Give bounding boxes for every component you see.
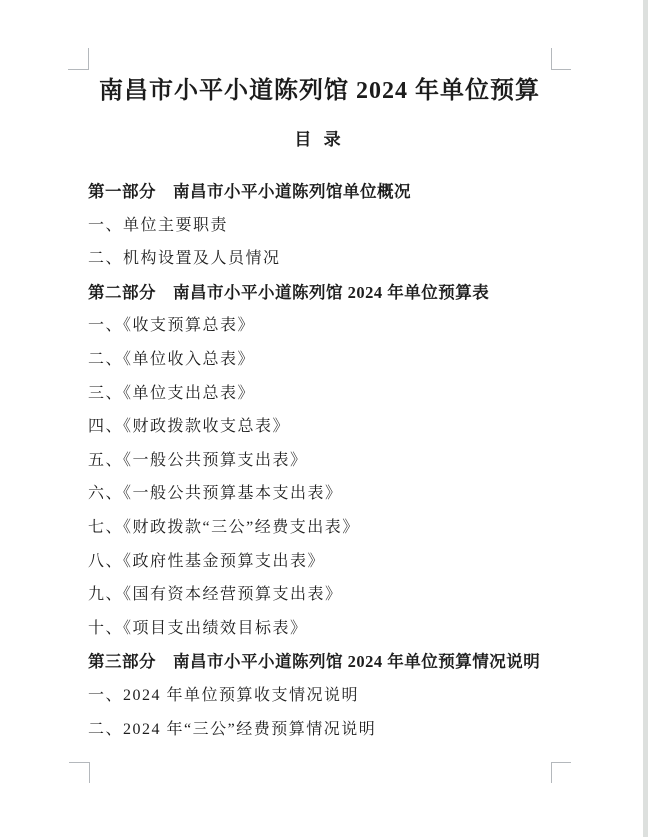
toc-entry: 七、《财政拨款“三公”经费支出表》 <box>88 511 551 545</box>
toc-entry: 二、2024 年“三公”经费预算情况说明 <box>88 713 551 747</box>
toc-entry: 六、《一般公共预算基本支出表》 <box>88 477 551 511</box>
toc-entry: 四、《财政拨款收支总表》 <box>88 410 551 444</box>
toc-entry: 八、《政府性基金预算支出表》 <box>88 545 551 579</box>
toc-list: 第一部分 南昌市小平小道陈列馆单位概况一、单位主要职责二、机构设置及人员情况第二… <box>88 175 551 746</box>
document-page: 南昌市小平小道陈列馆 2024 年单位预算 目 录 第一部分 南昌市小平小道陈列… <box>0 0 648 837</box>
toc-entry: 九、《国有资本经营预算支出表》 <box>88 578 551 612</box>
toc-entry: 一、《收支预算总表》 <box>88 309 551 343</box>
toc-section-header: 第三部分 南昌市小平小道陈列馆 2024 年单位预算情况说明 <box>88 645 551 679</box>
toc-section-header: 第二部分 南昌市小平小道陈列馆 2024 年单位预算表 <box>88 276 551 310</box>
text-area: 南昌市小平小道陈列馆 2024 年单位预算 目 录 第一部分 南昌市小平小道陈列… <box>88 69 551 746</box>
toc-entry: 十、《项目支出绩效目标表》 <box>88 612 551 646</box>
crop-mark-top-left <box>68 48 89 70</box>
document-title: 南昌市小平小道陈列馆 2024 年单位预算 <box>88 75 551 107</box>
toc-entry: 三、《单位支出总表》 <box>88 377 551 411</box>
toc-entry: 一、单位主要职责 <box>88 209 551 243</box>
toc-entry: 二、机构设置及人员情况 <box>88 242 551 276</box>
crop-mark-bottom-left <box>69 762 90 783</box>
toc-section-header: 第一部分 南昌市小平小道陈列馆单位概况 <box>88 175 551 209</box>
crop-mark-bottom-right <box>551 762 571 783</box>
toc-entry: 二、《单位收入总表》 <box>88 343 551 377</box>
toc-heading: 目 录 <box>88 129 551 151</box>
toc-entry: 一、2024 年单位预算收支情况说明 <box>88 679 551 713</box>
page-edge-strip <box>643 0 648 837</box>
toc-entry: 五、《一般公共预算支出表》 <box>88 444 551 478</box>
crop-mark-top-right <box>551 48 571 70</box>
